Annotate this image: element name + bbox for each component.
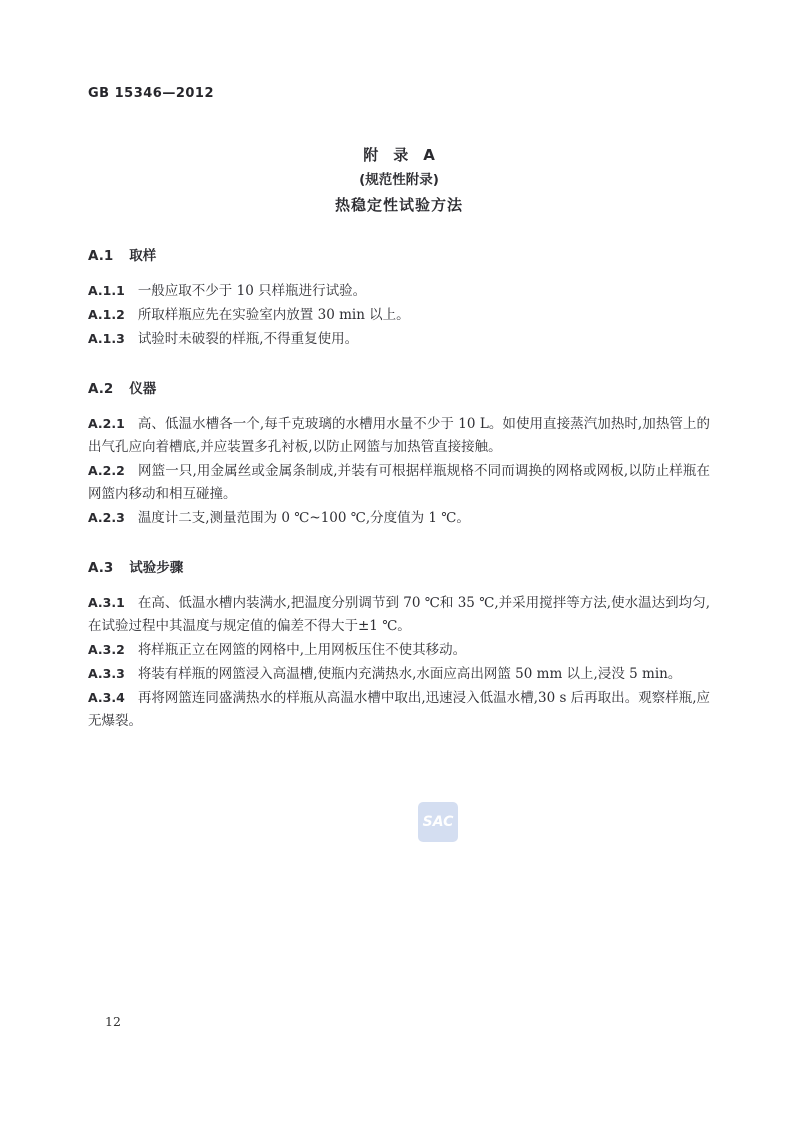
- section-heading: A.3试验步骤: [88, 556, 710, 576]
- section-a3: A.3试验步骤 A.3.1在高、低温水槽内装满水,把温度分别调节到 70 ℃和 …: [88, 556, 710, 733]
- section-heading: A.2仪器: [88, 377, 710, 397]
- clause-number: A.2.1: [88, 416, 125, 431]
- clause: A.2.2网篮一只,用金属丝或金属条制成,并装有可根据样瓶规格不同而调换的网格或…: [88, 459, 710, 506]
- section-heading: A.1取样: [88, 244, 710, 264]
- clause-text: 一般应取不少于 10 只样瓶进行试验。: [138, 283, 366, 299]
- section-number: A.3: [88, 560, 113, 576]
- section-title: 取样: [129, 248, 156, 264]
- clause-text: 高、低温水槽各一个,每千克玻璃的水槽用水量不少于 10 L。如使用直接蒸汽加热时…: [88, 416, 710, 455]
- clause-number: A.3.3: [88, 666, 125, 681]
- section-a2: A.2仪器 A.2.1高、低温水槽各一个,每千克玻璃的水槽用水量不少于 10 L…: [88, 377, 710, 530]
- section-title: 试验步骤: [129, 560, 183, 576]
- section-title: 仪器: [129, 381, 156, 397]
- clause: A.3.4再将网篮连同盛满热水的样瓶从高温水槽中取出,迅速浸入低温水槽,30 s…: [88, 686, 710, 733]
- clause-text: 温度计二支,测量范围为 0 ℃~100 ℃,分度值为 1 ℃。: [138, 510, 470, 526]
- appendix-title-block: 附 录 A (规范性附录) 热稳定性试验方法: [88, 143, 710, 218]
- clause-text: 将样瓶正立在网篮的网格中,上用网板压住不使其移动。: [138, 642, 466, 658]
- clause-text: 将装有样瓶的网篮浸入高温槽,使瓶内充满热水,水面应高出网篮 50 mm 以上,浸…: [138, 666, 682, 682]
- clause: A.2.3温度计二支,测量范围为 0 ℃~100 ℃,分度值为 1 ℃。: [88, 506, 710, 530]
- clause-number: A.3.1: [88, 595, 125, 610]
- document-page: GB 15346—2012 附 录 A (规范性附录) 热稳定性试验方法 A.1…: [0, 0, 794, 1123]
- clause-number: A.3.2: [88, 642, 125, 657]
- clause: A.1.2所取样瓶应先在实验室内放置 30 min 以上。: [88, 303, 710, 327]
- clause: A.1.1一般应取不少于 10 只样瓶进行试验。: [88, 279, 710, 303]
- standard-number: GB 15346—2012: [88, 86, 710, 101]
- clause: A.3.3将装有样瓶的网篮浸入高温槽,使瓶内充满热水,水面应高出网篮 50 mm…: [88, 662, 710, 686]
- section-a1: A.1取样 A.1.1一般应取不少于 10 只样瓶进行试验。 A.1.2所取样瓶…: [88, 244, 710, 351]
- appendix-subtitle: (规范性附录): [88, 168, 710, 193]
- sac-watermark-logo: SAC: [418, 802, 458, 842]
- clause-number: A.3.4: [88, 690, 125, 705]
- clause-text: 在高、低温水槽内装满水,把温度分别调节到 70 ℃和 35 ℃,并采用搅拌等方法…: [88, 595, 710, 634]
- section-number: A.1: [88, 248, 113, 264]
- clause: A.3.2将样瓶正立在网篮的网格中,上用网板压住不使其移动。: [88, 638, 710, 662]
- clause-number: A.1.3: [88, 331, 125, 346]
- page-content: GB 15346—2012 附 录 A (规范性附录) 热稳定性试验方法 A.1…: [88, 86, 710, 733]
- clause-text: 所取样瓶应先在实验室内放置 30 min 以上。: [138, 307, 410, 323]
- clause: A.2.1高、低温水槽各一个,每千克玻璃的水槽用水量不少于 10 L。如使用直接…: [88, 412, 710, 459]
- section-number: A.2: [88, 381, 113, 397]
- clause-number: A.1.1: [88, 283, 125, 298]
- clause-number: A.2.3: [88, 510, 125, 525]
- clause: A.1.3试验时未破裂的样瓶,不得重复使用。: [88, 327, 710, 351]
- clause-number: A.2.2: [88, 463, 125, 478]
- clause-text: 再将网篮连同盛满热水的样瓶从高温水槽中取出,迅速浸入低温水槽,30 s 后再取出…: [88, 690, 710, 729]
- appendix-name: 热稳定性试验方法: [88, 193, 710, 218]
- clause-text: 网篮一只,用金属丝或金属条制成,并装有可根据样瓶规格不同而调换的网格或网板,以防…: [88, 463, 710, 502]
- page-number: 12: [105, 1014, 121, 1029]
- clause: A.3.1在高、低温水槽内装满水,把温度分别调节到 70 ℃和 35 ℃,并采用…: [88, 591, 710, 638]
- appendix-title: 附 录 A: [88, 143, 710, 168]
- clause-text: 试验时未破裂的样瓶,不得重复使用。: [138, 331, 358, 347]
- clause-number: A.1.2: [88, 307, 125, 322]
